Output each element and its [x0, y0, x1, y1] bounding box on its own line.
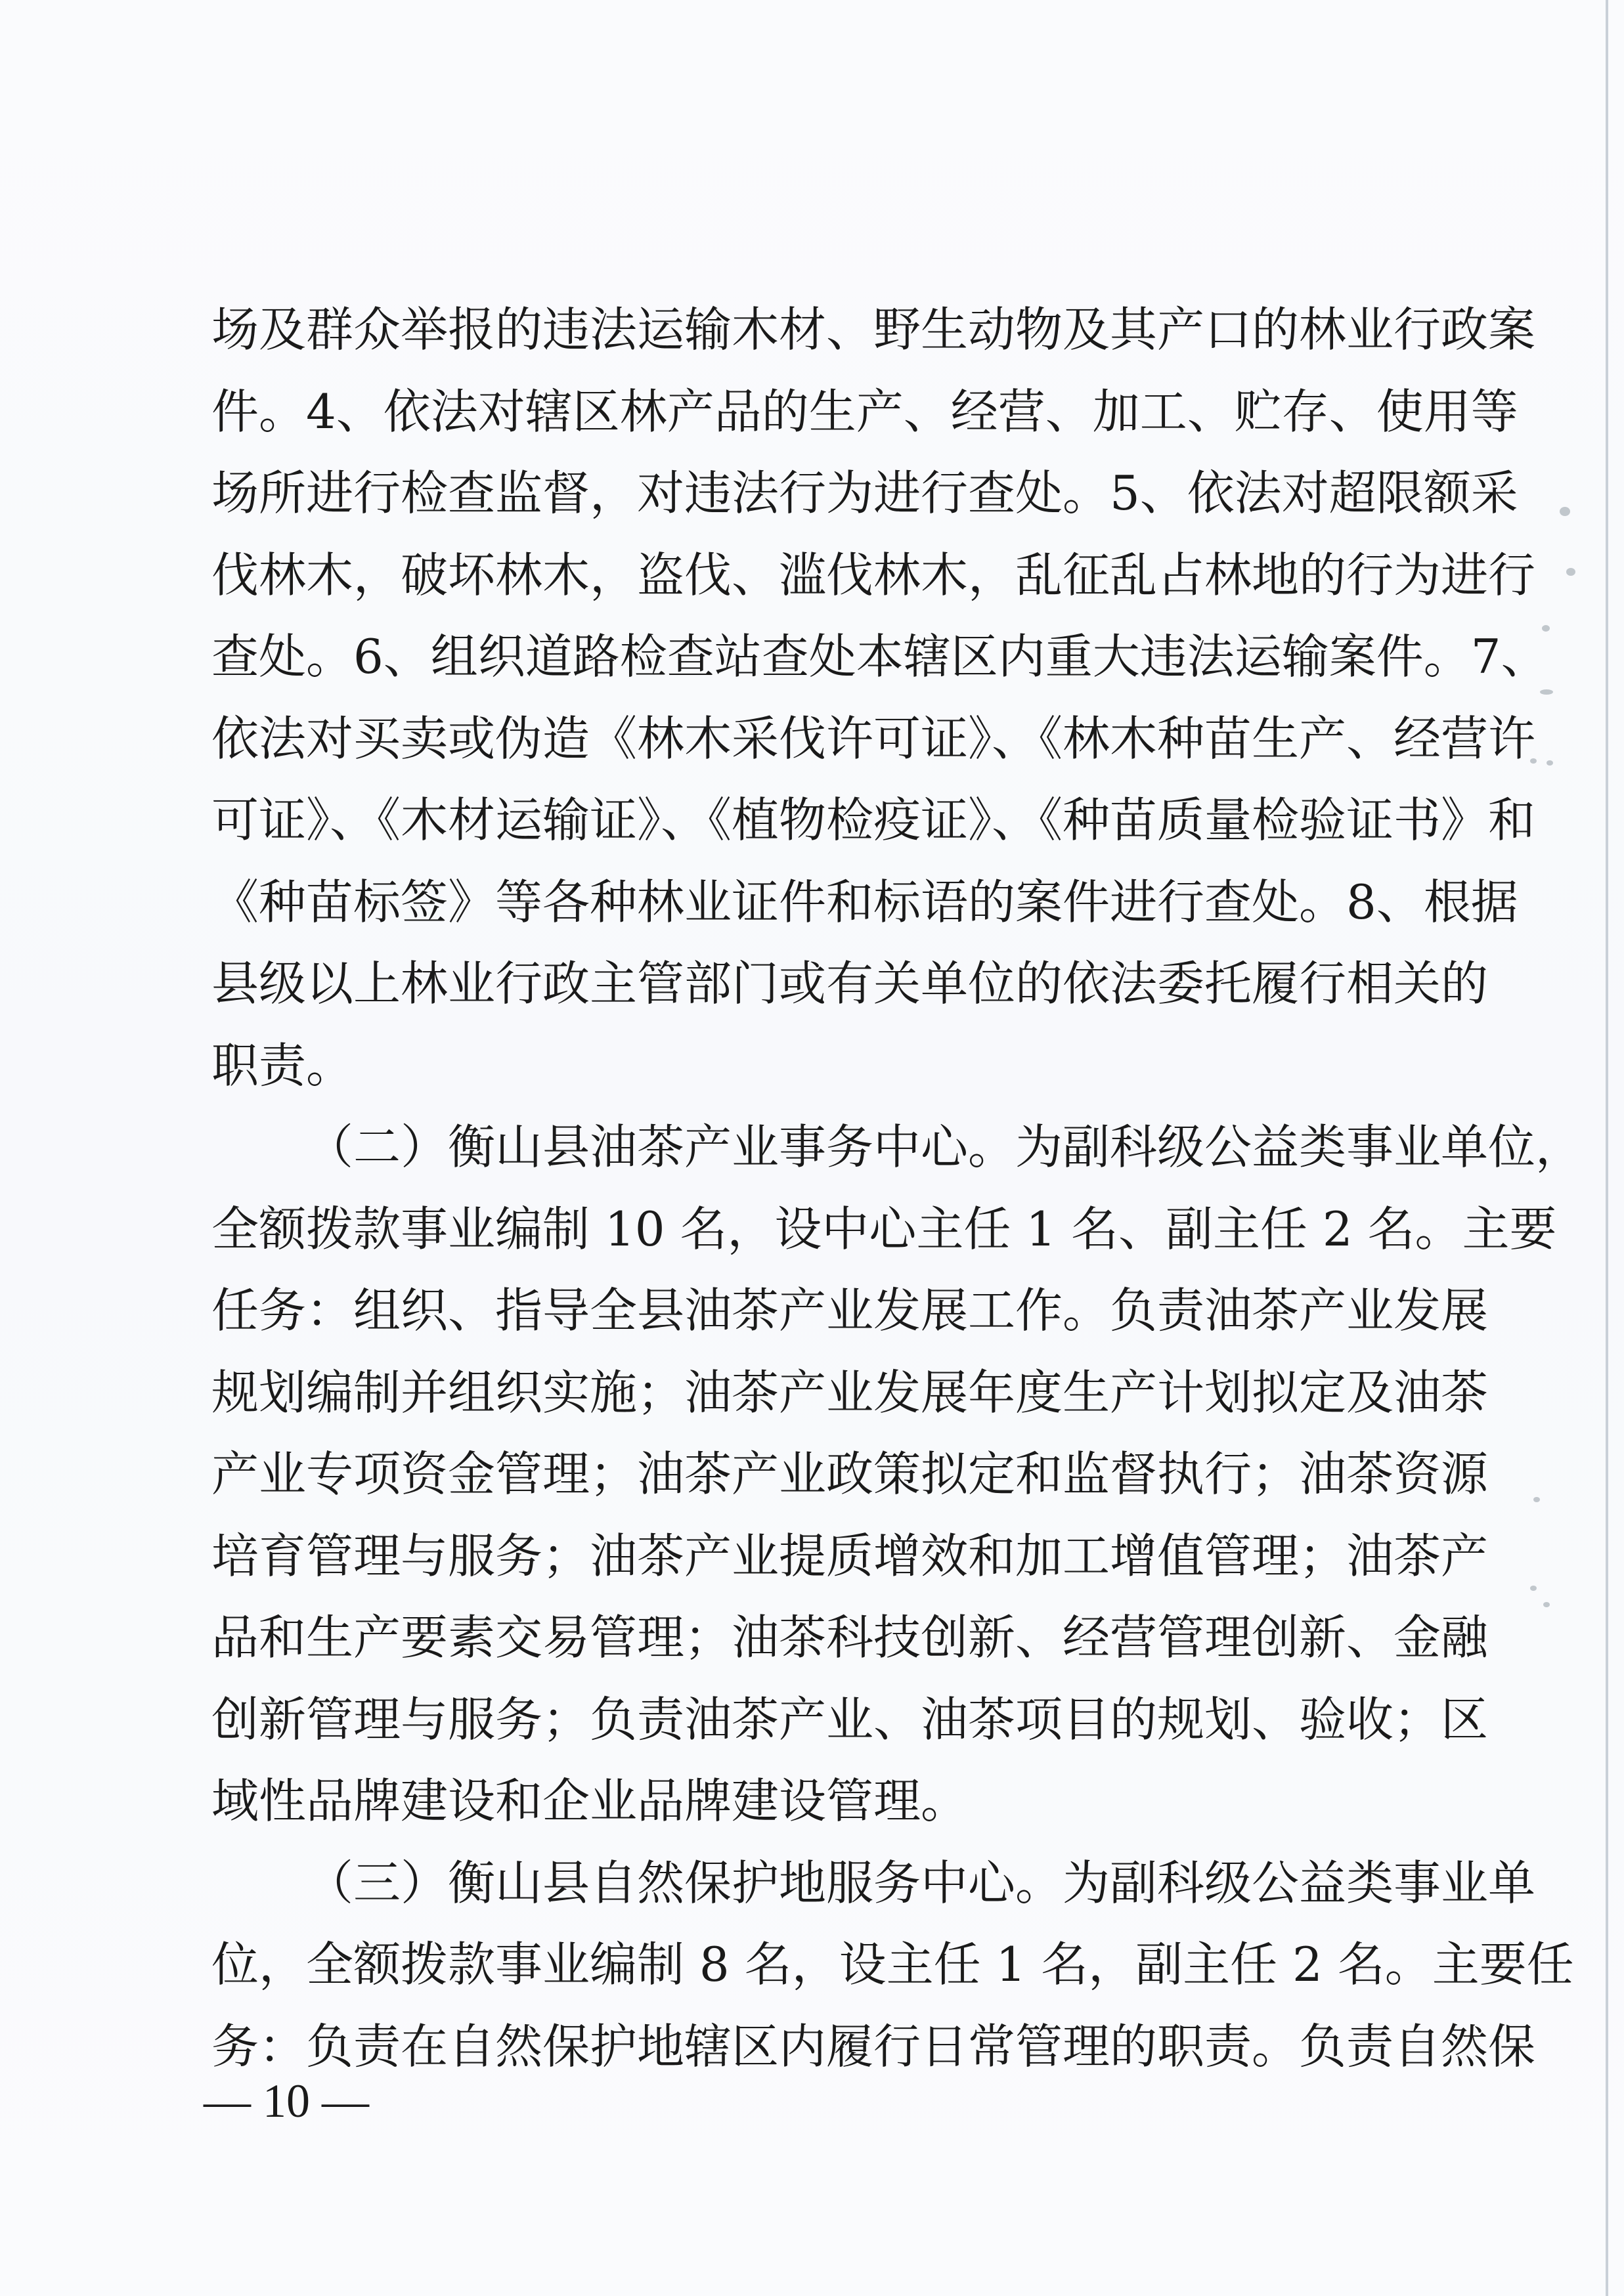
- scan-speck: [1540, 689, 1553, 695]
- text-line: 位，全额拨款事业编制 8 名，设主任 1 名，副主任 2 名。主要任: [211, 1924, 1407, 2006]
- text-line: 务：负责在自然保护地辖区内履行日常管理的职责。负责自然保: [211, 2006, 1407, 2088]
- section-heading-line: （三）衡山县自然保护地服务中心。为副科级公益类事业单: [211, 1842, 1407, 1924]
- text-line: 产业专项资金管理；油茶产业政策拟定和监督执行；油茶资源: [211, 1433, 1407, 1515]
- scan-speck: [1543, 1602, 1550, 1607]
- text-line: 依法对买卖或伪造《林木采伐许可证》、《林木种苗生产、经营许: [211, 698, 1407, 780]
- paragraph-nature-reserve-center: （三）衡山县自然保护地服务中心。为副科级公益类事业单 位，全额拨款事业编制 8 …: [211, 1842, 1407, 2088]
- text-line: 伐林木，破坏林木，盗伐、滥伐林木，乱征乱占林地的行为进行: [211, 534, 1407, 617]
- scan-speck: [1533, 1497, 1540, 1502]
- text-line: 任务：组织、指导全县油茶产业发展工作。负责油茶产业发展: [211, 1270, 1407, 1352]
- document-body: 场及群众举报的违法运输木材、野生动物及其产口的林业行政案 件。4、依法对辖区林产…: [211, 289, 1407, 2087]
- text-line: 全额拨款事业编制 10 名，设中心主任 1 名、副主任 2 名。主要: [211, 1188, 1407, 1270]
- document-page: 场及群众举报的违法运输木材、野生动物及其产口的林业行政案 件。4、依法对辖区林产…: [0, 0, 1624, 2296]
- text-line: 查处。6、组织道路检查站查处本辖区内重大违法运输案件。7、: [211, 616, 1407, 698]
- scan-speck: [1566, 568, 1575, 576]
- text-line: 场所进行检查监督，对违法行为进行查处。5、依法对超限额采: [211, 452, 1407, 534]
- text-line: 品和生产要素交易管理；油茶科技创新、经营管理创新、金融: [211, 1597, 1407, 1679]
- text-line: 可证》、《木材运输证》、《植物检疫证》、《种苗质量检验证书》和: [211, 779, 1407, 861]
- scan-speck: [1547, 760, 1553, 766]
- text-line: 场及群众举报的违法运输木材、野生动物及其产口的林业行政案: [211, 289, 1407, 371]
- paragraph-oil-tea-center: （二）衡山县油茶产业事务中心。为副科级公益类事业单位， 全额拨款事业编制 10 …: [211, 1106, 1407, 1842]
- text-line: 创新管理与服务；负责油茶产业、油茶项目的规划、验收；区: [211, 1679, 1407, 1761]
- text-line: 职责。: [211, 1025, 1407, 1107]
- section-heading-line: （二）衡山县油茶产业事务中心。为副科级公益类事业单位，: [211, 1106, 1407, 1188]
- text-line: 《种苗标签》等各种林业证件和标语的案件进行查处。8、根据: [211, 861, 1407, 943]
- text-line: 县级以上林业行政主管部门或有关单位的依法委托履行相关的: [211, 943, 1407, 1025]
- text-line: 件。4、依法对辖区林产品的生产、经营、加工、贮存、使用等: [211, 371, 1407, 453]
- paragraph-continued-duties: 场及群众举报的违法运输木材、野生动物及其产口的林业行政案 件。4、依法对辖区林产…: [211, 289, 1407, 1106]
- text-line: 域性品牌建设和企业品牌建设管理。: [211, 1760, 1407, 1842]
- scan-speck: [1560, 507, 1570, 516]
- page-number: — 10 —: [204, 2071, 369, 2131]
- text-line: 培育管理与服务；油茶产业提质增效和加工增值管理；油茶产: [211, 1515, 1407, 1597]
- scan-edge-line: [1606, 0, 1608, 2296]
- text-line: 规划编制并组织实施；油茶产业发展年度生产计划拟定及油茶: [211, 1352, 1407, 1434]
- scan-speck: [1530, 1586, 1537, 1591]
